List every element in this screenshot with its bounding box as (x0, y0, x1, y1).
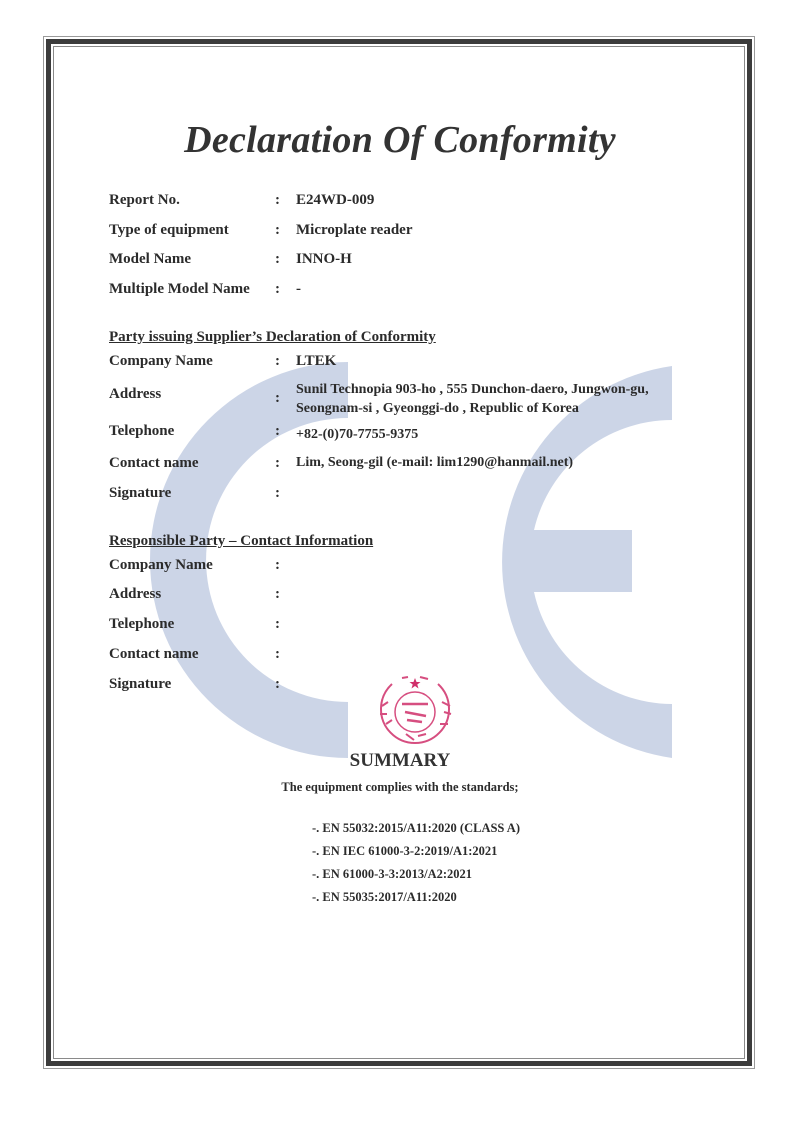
supplier-signature-label: Signature (109, 485, 171, 502)
standard-item: -. EN 55035:2017/A11:2020 (312, 890, 457, 905)
supplier-contact-label: Contact name (109, 455, 199, 472)
separator: : (275, 646, 280, 663)
separator: : (275, 557, 280, 574)
separator: : (275, 616, 280, 633)
separator: : (275, 485, 280, 502)
multiple-model-name-label: Multiple Model Name (109, 281, 250, 298)
separator: : (275, 390, 280, 407)
separator: : (275, 281, 280, 298)
equipment-type-value: Microplate reader (296, 222, 412, 239)
responsible-company-label: Company Name (109, 557, 213, 574)
separator: : (275, 676, 280, 693)
document-title: Declaration Of Conformity (0, 118, 800, 162)
equipment-type-label: Type of equipment (109, 222, 229, 239)
supplier-telephone-label: Telephone (109, 423, 174, 440)
summary-title: SUMMARY (0, 750, 800, 772)
multiple-model-name-value: - (296, 281, 301, 298)
standard-item: -. EN 61000-3-3:2013/A2:2021 (312, 867, 472, 882)
responsible-contact-label: Contact name (109, 646, 199, 663)
supplier-contact-value: Lim, Seong-gil (e-mail: lim1290@hanmail.… (296, 455, 573, 471)
separator: : (275, 222, 280, 239)
report-no-label: Report No. (109, 192, 180, 209)
summary-subtitle: The equipment complies with the standard… (0, 780, 800, 795)
separator: : (275, 586, 280, 603)
responsible-section-heading: Responsible Party – Contact Information (109, 533, 373, 550)
separator: : (275, 192, 280, 209)
separator: : (275, 455, 280, 472)
responsible-signature-label: Signature (109, 676, 171, 693)
supplier-section-heading: Party issuing Supplier’s Declaration of … (109, 329, 436, 346)
separator: : (275, 353, 280, 370)
supplier-address-line1: Sunil Technopia 903-ho , 555 Dunchon-dae… (296, 382, 649, 398)
report-no-value: E24WD-009 (296, 192, 374, 209)
model-name-label: Model Name (109, 251, 191, 268)
standard-item: -. EN IEC 61000-3-2:2019/A1:2021 (312, 844, 497, 859)
responsible-telephone-label: Telephone (109, 616, 174, 633)
supplier-address-line2: Seongnam-si , Gyeonggi-do , Republic of … (296, 401, 579, 417)
separator: : (275, 423, 280, 440)
model-name-value: INNO-H (296, 251, 352, 268)
separator: : (275, 251, 280, 268)
responsible-address-label: Address (109, 586, 161, 603)
company-seal-stamp-icon (372, 672, 458, 748)
supplier-company-value: LTEK (296, 353, 336, 370)
supplier-address-label: Address (109, 386, 161, 403)
supplier-telephone-value: +82-(0)70-7755-9375 (296, 427, 418, 443)
standard-item: -. EN 55032:2015/A11:2020 (CLASS A) (312, 821, 520, 836)
supplier-company-label: Company Name (109, 353, 213, 370)
